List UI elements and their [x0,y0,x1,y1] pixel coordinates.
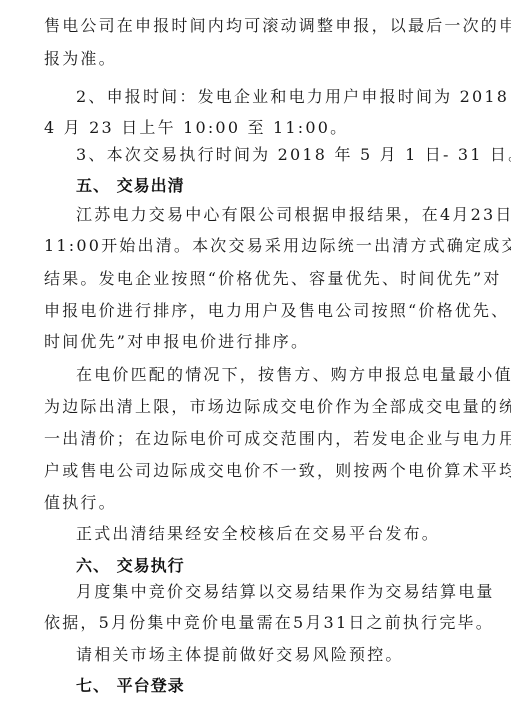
paragraph-line: 请相关市场主体提前做好交易风险预控。 [76,645,496,665]
paragraph-line: 3、本次交易执行时间为 2018 年 5 月 1 日- 31 日。 [76,145,496,165]
paragraph-line: 户或售电公司边际成交电价不一致，则按两个电价算术平均 [44,461,464,481]
paragraph-line: 在电价匹配的情况下，按售方、购方申报总电量最小值 [76,365,496,385]
paragraph-line: 正式出清结果经安全校核后在交易平台发布。 [76,524,496,544]
section-heading: 七、 平台登录 [76,676,496,696]
paragraph-line: 江苏电力交易中心有限公司根据申报结果，在4月23日 [76,205,496,225]
paragraph-line: 值执行。 [44,493,464,513]
paragraph-line: 2、申报时间：发电企业和电力用户申报时间为 2018 年 [76,87,496,107]
paragraph-line: 结果。发电企业按照“价格优先、容量优先、时间优先”对 [44,269,464,289]
paragraph-line: 4 月 23 日上午 10:00 至 11:00。 [44,118,464,138]
paragraph-line: 依据，5月份集中竞价电量需在5月31日之前执行完毕。 [44,613,464,633]
paragraph-line: 11:00开始出清。本次交易采用边际统一出清方式确定成交 [44,236,464,256]
paragraph-line: 时间优先”对申报电价进行排序。 [44,332,464,352]
paragraph-line: 月度集中竞价交易结算以交易结果作为交易结算电量 [76,582,496,602]
paragraph-line: 申报电价进行排序，电力用户及售电公司按照“价格优先、 [44,301,464,321]
section-heading: 六、 交易执行 [76,556,496,576]
section-heading: 五、 交易出清 [76,176,496,196]
paragraph-line: 一出清价；在边际电价可成交范围内，若发电企业与电力用 [44,429,464,449]
paragraph-line: 报为准。 [44,49,464,69]
paragraph-line: 售电公司在申报时间内均可滚动调整申报，以最后一次的申 [44,16,464,36]
paragraph-line: 为边际出清上限，市场边际成交电价作为全部成交电量的统 [44,397,464,417]
